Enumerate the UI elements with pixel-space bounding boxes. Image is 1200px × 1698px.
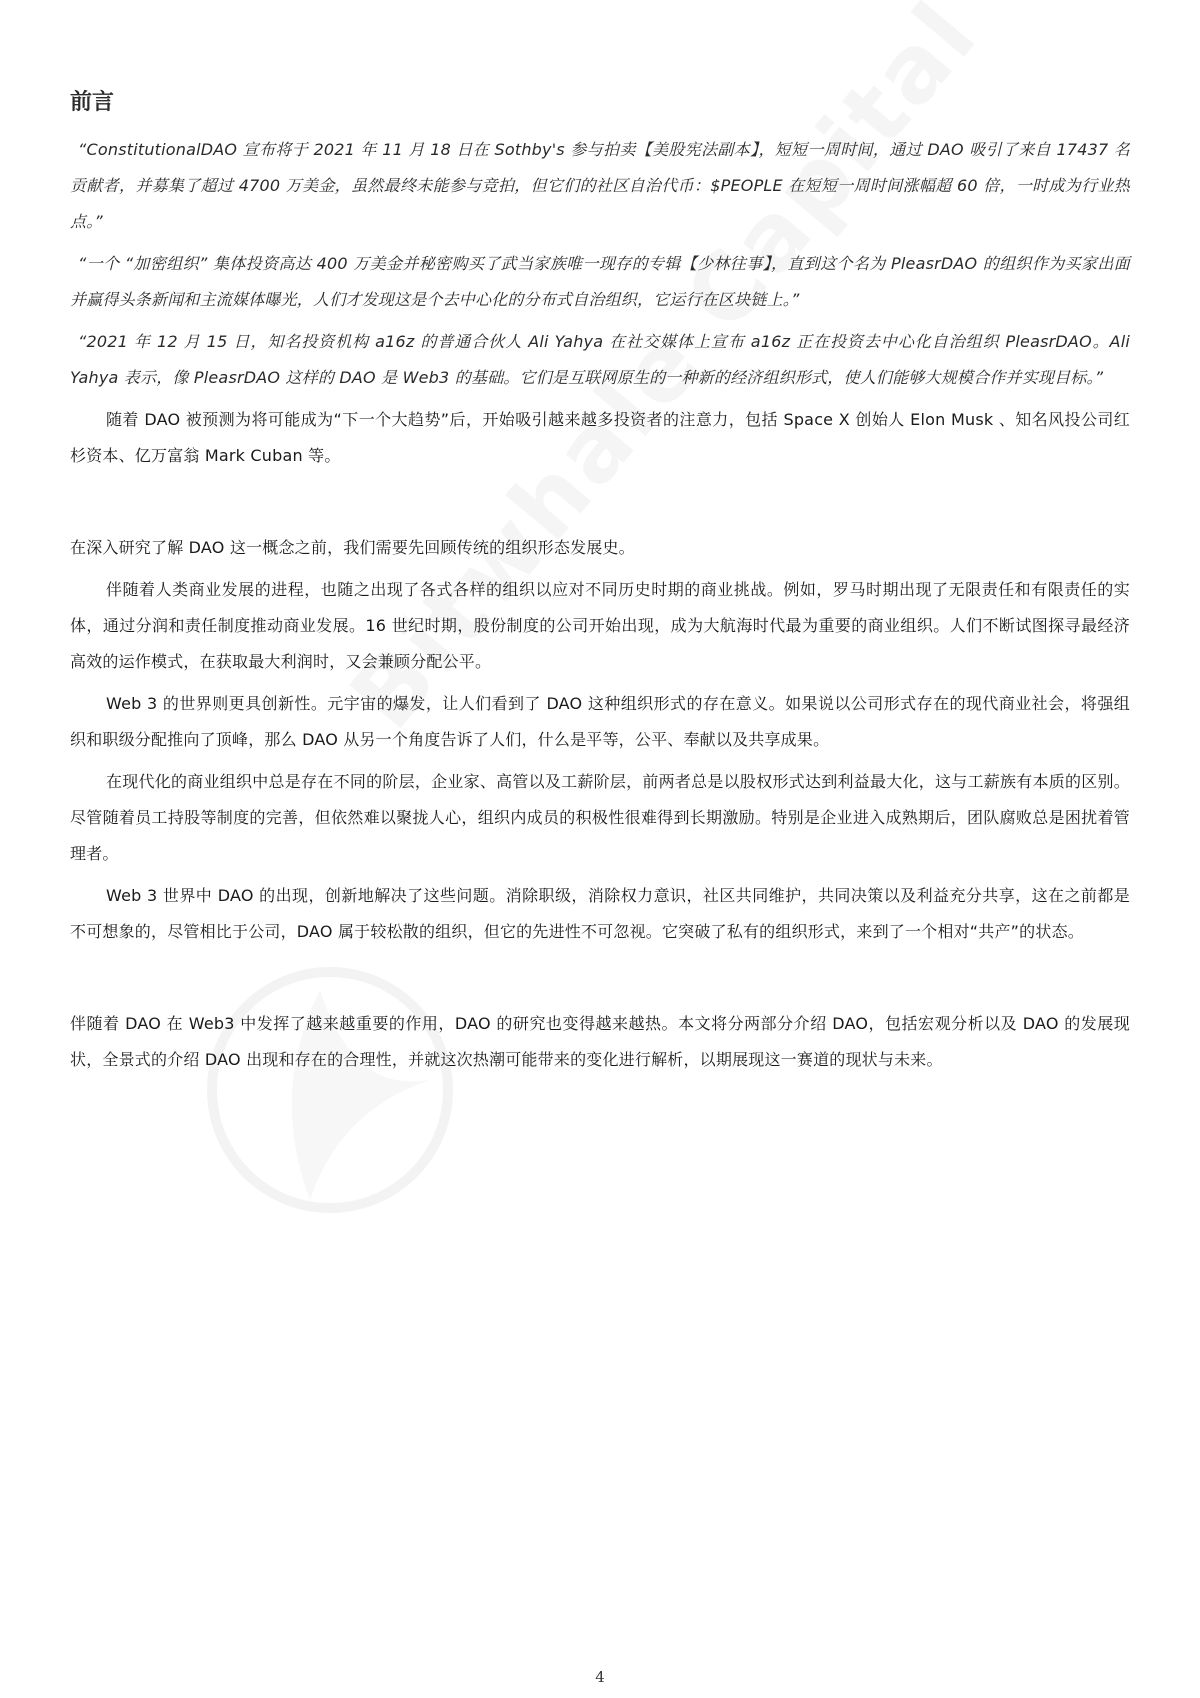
quote-a16z-investment: “2021 年 12 月 15 日，知名投资机构 a16z 的普通合伙人 Ali… [70, 324, 1130, 396]
spacer [70, 956, 1130, 1006]
quote-constitutional-dao: “ConstitutionalDAO 宣布将于 2021 年 11 月 18 日… [70, 132, 1130, 240]
section-heading-preface: 前言 [70, 86, 1130, 120]
quote-pleasr-dao-album: “一个 “加密组织” 集体投资高达 400 万美金并秘密购买了武当家族唯一现存的… [70, 246, 1130, 318]
document-page: Bitwhale Capital 前言 “ConstitutionalDAO 宣… [0, 0, 1200, 1698]
spacer [70, 480, 1130, 530]
section-lead-paragraph: 在深入研究了解 DAO 这一概念之前，我们需要先回顾传统的组织形态发展史。 [70, 530, 1130, 566]
closing-paragraph: 伴随着 DAO 在 Web3 中发挥了越来越重要的作用，DAO 的研究也变得越来… [70, 1006, 1130, 1078]
body-paragraph-web3-innovation: Web 3 的世界则更具创新性。元宇宙的爆发，让人们看到了 DAO 这种组织形式… [70, 686, 1130, 758]
body-paragraph-history: 伴随着人类商业发展的进程，也随之出现了各式各样的组织以应对不同历史时期的商业挑战… [70, 572, 1130, 680]
page-number: 4 [0, 1668, 1200, 1686]
body-paragraph-dao-solution: Web 3 世界中 DAO 的出现，创新地解决了这些问题。消除职级，消除权力意识… [70, 878, 1130, 950]
document-body: 前言 “ConstitutionalDAO 宣布将于 2021 年 11 月 1… [70, 86, 1130, 1084]
intro-paragraph: 随着 DAO 被预测为将可能成为“下一个大趋势”后，开始吸引越来越多投资者的注意… [70, 402, 1130, 474]
body-paragraph-modern-organizations: 在现代化的商业组织中总是存在不同的阶层，企业家、高管以及工薪阶层，前两者总是以股… [70, 764, 1130, 872]
